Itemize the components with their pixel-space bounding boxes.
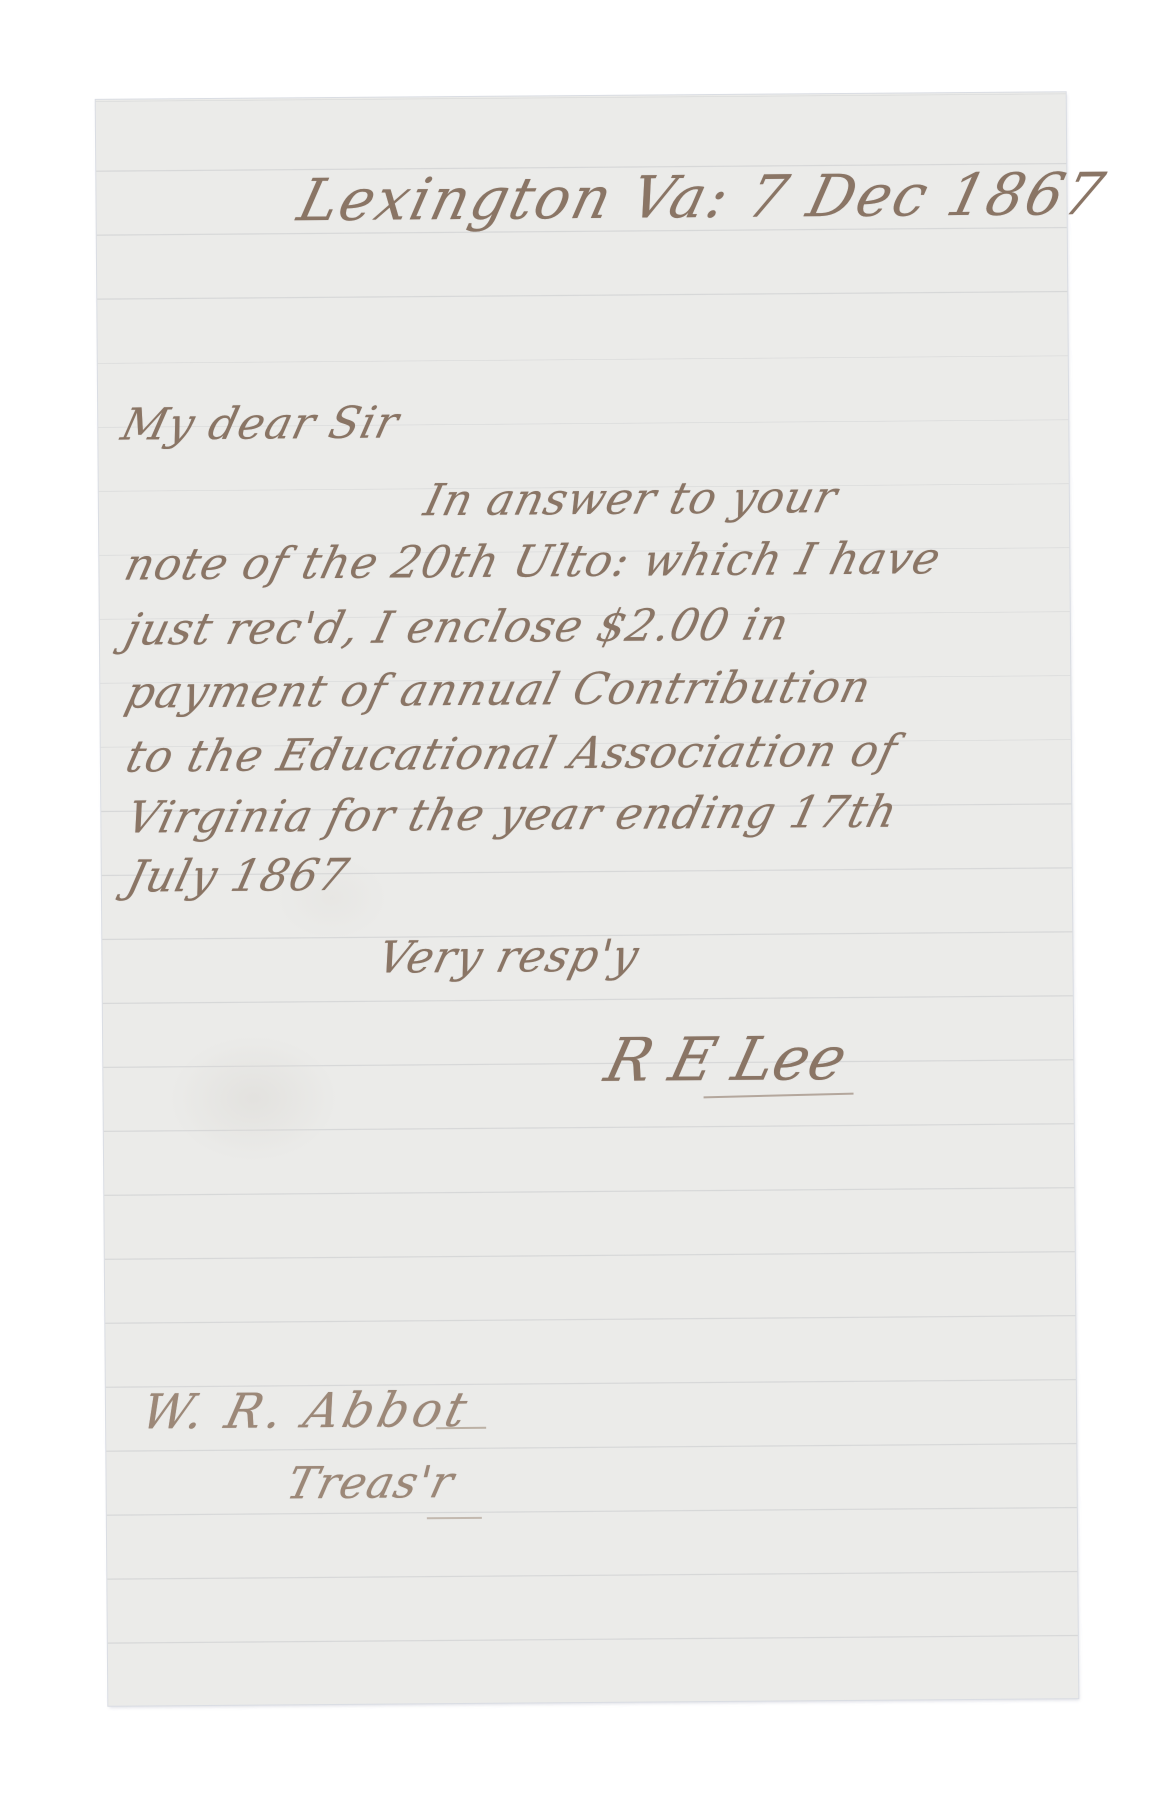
body-line-1: In answer to your [419,472,843,526]
body-line-4: payment of annual Contribution [121,662,877,719]
body-line-2: note of the 20th Ulto: which I have [120,533,947,590]
body-line-7: July 1867 [122,850,354,903]
letter-closing: Very resp'y [373,931,645,984]
body-line-6: Virginia for the year ending 17th [122,787,903,844]
letter-sheet: Lexington Va: 7 Dec 1867 My dear Sir In … [96,92,1079,1706]
addressee-title: Treas'r [282,1457,460,1509]
title-flourish [427,1517,482,1519]
body-line-5: to the Educational Association of [121,726,903,783]
addressee-flourish [436,1427,486,1429]
letter-dateline: Lexington Va: 7 Dec 1867 [292,160,1113,234]
photo-background: Lexington Va: 7 Dec 1867 My dear Sir In … [0,0,1171,1800]
addressee-name: W. R. Abbot [136,1382,476,1441]
letter-salutation: My dear Sir [116,397,404,450]
letter-signature: R E Lee [599,1024,854,1096]
body-line-3: just rec'd, I enclose $2.00 in [120,599,794,655]
